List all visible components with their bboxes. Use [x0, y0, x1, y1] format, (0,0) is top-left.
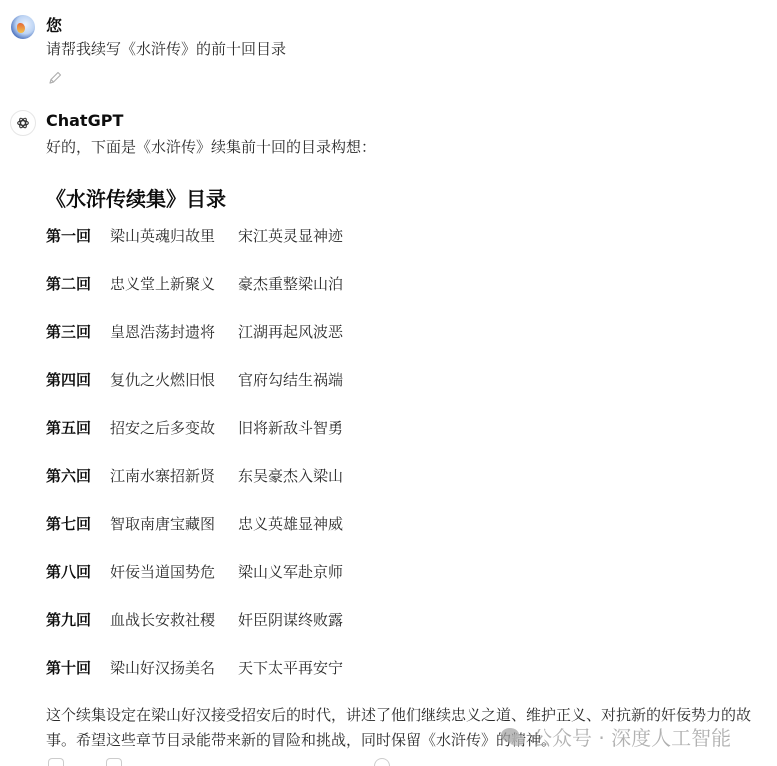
chapter-number: 第七回 — [46, 513, 110, 534]
chapter-number: 第一回 — [46, 225, 110, 246]
chapter-title-line1: 智取南唐宝藏图 — [110, 513, 238, 534]
chapter-row: 第七回智取南唐宝藏图忠义英雄显神威 — [46, 513, 343, 534]
assistant-author-name: ChatGPT — [46, 111, 123, 130]
pencil-icon[interactable] — [47, 70, 63, 86]
chapter-title-line2: 宋江英灵显神迹 — [238, 227, 343, 245]
chapter-title-line1: 血战长安救社稷 — [110, 609, 238, 630]
user-author-name: 您 — [46, 13, 62, 36]
chapter-title-line2: 东吴豪杰入梁山 — [238, 467, 343, 485]
chapter-number: 第二回 — [46, 273, 110, 294]
chapter-row: 第八回奸佞当道国势危梁山义军赴京师 — [46, 561, 343, 582]
chapter-title-line2: 江湖再起风波恶 — [238, 323, 343, 341]
chapter-title-line1: 忠义堂上新聚义 — [110, 273, 238, 294]
chapter-title-line2: 梁山义军赴京师 — [238, 563, 343, 581]
assistant-intro-text: 好的，下面是《水浒传》续集前十回的目录构想： — [46, 136, 376, 157]
chapter-title-line2: 豪杰重整梁山泊 — [238, 275, 343, 293]
chapter-row: 第三回皇恩浩荡封遗将江湖再起风波恶 — [46, 321, 343, 342]
chapter-number: 第六回 — [46, 465, 110, 486]
chapter-title-line1: 梁山英魂归故里 — [110, 225, 238, 246]
chapter-row: 第六回江南水寨招新贤东吴豪杰入梁山 — [46, 465, 343, 486]
chapter-title-line2: 旧将新敌斗智勇 — [238, 419, 343, 437]
chapter-title-line2: 奸臣阴谋终败露 — [238, 611, 343, 629]
copy-icon[interactable] — [48, 758, 64, 766]
chapter-title-line2: 官府勾结生祸端 — [238, 371, 343, 389]
chapter-number: 第十回 — [46, 657, 110, 678]
chapter-row: 第一回梁山英魂归故里宋江英灵显神迹 — [46, 225, 343, 246]
chapter-title-line1: 梁山好汉扬美名 — [110, 657, 238, 678]
chapter-row: 第十回梁山好汉扬美名天下太平再安宁 — [46, 657, 343, 678]
chapter-title-line2: 天下太平再安宁 — [238, 659, 343, 677]
chapter-number: 第五回 — [46, 417, 110, 438]
chapter-title-line1: 复仇之火燃旧恨 — [110, 369, 238, 390]
chapter-title-line1: 皇恩浩荡封遗将 — [110, 321, 238, 342]
thumbs-up-icon[interactable] — [106, 758, 122, 766]
toc-heading: 《水浒传续集》目录 — [46, 183, 226, 212]
chapter-number: 第九回 — [46, 609, 110, 630]
chatgpt-logo-icon — [10, 110, 36, 136]
chapter-number: 第四回 — [46, 369, 110, 390]
watermark-text: 公众号 · 深度人工智能 — [532, 722, 731, 751]
user-message-text: 请帮我续写《水浒传》的前十回目录 — [46, 38, 286, 59]
chapter-title-line1: 招安之后多变故 — [110, 417, 238, 438]
chapter-row: 第四回复仇之火燃旧恨官府勾结生祸端 — [46, 369, 343, 390]
chapter-row: 第五回招安之后多变故旧将新敌斗智勇 — [46, 417, 343, 438]
chapter-title-line2: 忠义英雄显神威 — [238, 515, 343, 533]
chapter-title-line1: 江南水寨招新贤 — [110, 465, 238, 486]
chapter-row: 第二回忠义堂上新聚义豪杰重整梁山泊 — [46, 273, 343, 294]
wechat-icon — [500, 726, 526, 748]
chapter-title-line1: 奸佞当道国势危 — [110, 561, 238, 582]
regenerate-icon[interactable] — [374, 758, 390, 766]
chapter-number: 第三回 — [46, 321, 110, 342]
chapter-number: 第八回 — [46, 561, 110, 582]
watermark: 公众号 · 深度人工智能 — [500, 722, 731, 751]
chapter-row: 第九回血战长安救社稷奸臣阴谋终败露 — [46, 609, 343, 630]
user-avatar — [11, 15, 35, 39]
message-action-bar — [46, 758, 777, 766]
